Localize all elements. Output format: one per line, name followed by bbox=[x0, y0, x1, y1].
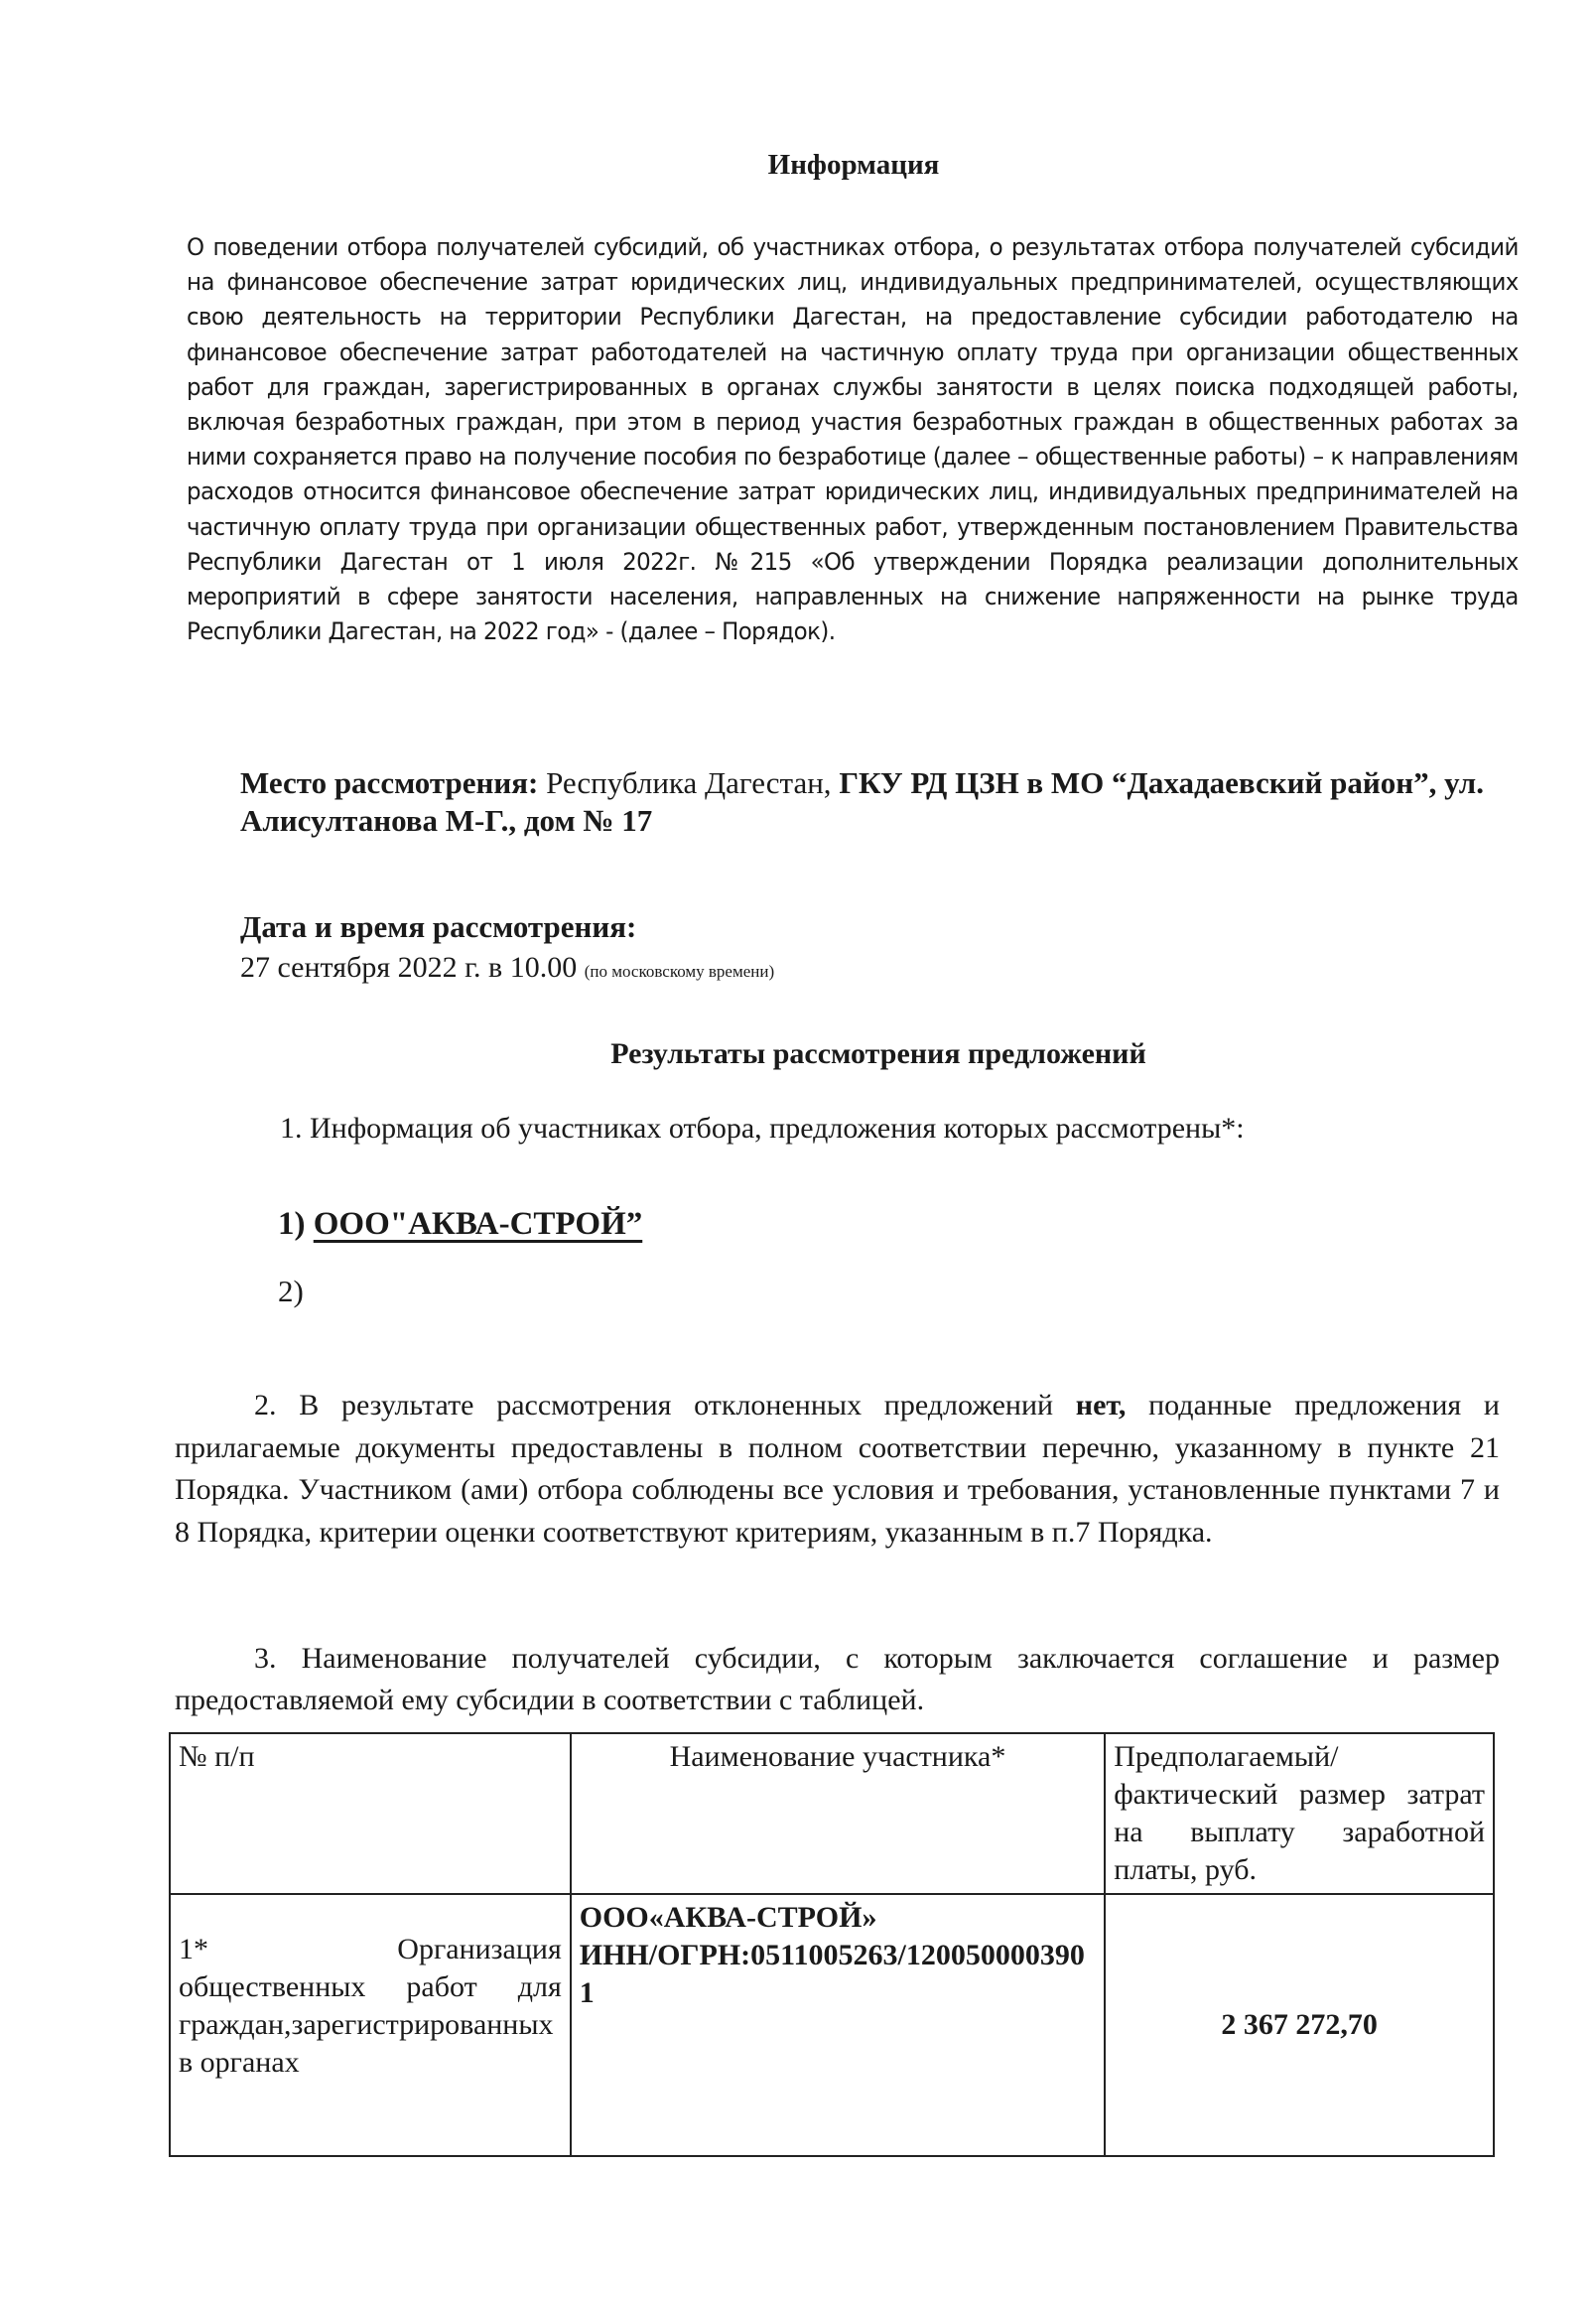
participant-list-item: 1) ООО"АКВА-СТРОЙ” bbox=[278, 1206, 642, 1243]
results-title: Результаты рассмотрения предложений bbox=[0, 1037, 1596, 1071]
participant-ids: ИНН/ОГРН:0511005263/1200500003901 bbox=[580, 1937, 1096, 2012]
participant-number: 2) bbox=[278, 1274, 304, 1308]
datetime-text: 27 сентября 2022 г. в 10.00 bbox=[240, 951, 585, 984]
datetime-value: 27 сентября 2022 г. в 10.00 (по московск… bbox=[240, 951, 774, 985]
participant-name: ООО"АКВА-СТРОЙ” bbox=[314, 1206, 642, 1242]
participant-name: ООО«АКВА-СТРОЙ» bbox=[580, 1899, 1096, 1937]
results-item-1: 1. Информация об участниках отбора, пред… bbox=[280, 1112, 1245, 1146]
document-title: Информация bbox=[0, 149, 1596, 182]
header-amount: Предполагаемый/фактический размер затрат… bbox=[1105, 1733, 1494, 1894]
subsidy-table: № п/п Наименование участника* Предполага… bbox=[169, 1732, 1495, 2157]
row-amount-cell: 2 367 272,70 bbox=[1105, 1894, 1494, 2156]
header-participant: Наименование участника* bbox=[571, 1733, 1105, 1894]
table-row: 1* Организация общественных работ для гр… bbox=[170, 1894, 1494, 2156]
intro-paragraph: О поведении отбора получателей субсидий,… bbox=[187, 230, 1519, 649]
header-number: № п/п bbox=[170, 1733, 571, 1894]
row-number-cell: 1* Организация общественных работ для гр… bbox=[170, 1894, 571, 2156]
datetime-note: (по московскому времени) bbox=[585, 962, 774, 981]
participant-list-item: 2) bbox=[278, 1274, 304, 1309]
para2-bold: нет, bbox=[1076, 1389, 1127, 1421]
results-paragraph-2: 2. В результате рассмотрения отклоненных… bbox=[175, 1385, 1500, 1554]
participant-number: 1) bbox=[278, 1206, 306, 1242]
datetime-label: Дата и время рассмотрения: bbox=[240, 909, 636, 945]
row-participant-cell: ООО«АКВА-СТРОЙ» ИНН/ОГРН:0511005263/1200… bbox=[571, 1894, 1105, 2156]
results-paragraph-3: 3. Наименование получателей субсидии, с … bbox=[175, 1638, 1500, 1721]
document-page: Информация О поведении отбора получателе… bbox=[0, 0, 1596, 2301]
review-place: Место рассмотрения: Республика Дагестан,… bbox=[240, 764, 1516, 840]
para2-start: 2. В результате рассмотрения отклоненных… bbox=[254, 1389, 1076, 1421]
table-header-row: № п/п Наименование участника* Предполага… bbox=[170, 1733, 1494, 1894]
place-label: Место рассмотрения: bbox=[240, 765, 538, 800]
place-region: Республика Дагестан, bbox=[538, 765, 839, 800]
